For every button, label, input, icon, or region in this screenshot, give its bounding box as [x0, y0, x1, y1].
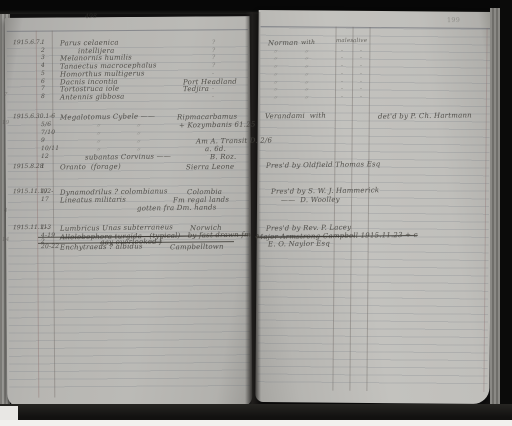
- entry-number: 1-3: [41, 224, 51, 231]
- handwriting-layer: 199 498 1915.6.7.1Parus celaenica?2intel…: [0, 0, 512, 426]
- entry-locality: a. 6d.: [205, 145, 226, 153]
- entry-number: 7: [41, 85, 45, 92]
- entry-number: 2: [41, 47, 45, 54]
- entry-number: 9: [41, 137, 45, 144]
- acquisition-note: Pres'd by Oldfield Thomas Esq: [266, 160, 381, 170]
- tally-dash: -: [360, 93, 362, 100]
- entry-species: gotten fra Dm. hands: [137, 203, 217, 212]
- entry-number: 1: [41, 163, 45, 170]
- collector-name: Norman: [268, 39, 298, 47]
- query-mark: ?: [212, 39, 216, 46]
- entry-date: 1915.6.7.: [13, 39, 42, 46]
- entry-number: 17: [41, 196, 49, 203]
- entry-date: 1915.8.28: [13, 163, 44, 170]
- entry-species: subantas Corvinus ——: [85, 152, 171, 161]
- margin-note: 14: [2, 237, 9, 243]
- query-mark: -: [212, 85, 214, 92]
- entry-number: 20-22: [41, 243, 59, 250]
- entry-locality: + Kozymbanis 61.25: [179, 120, 256, 129]
- entry-number: 10/11: [41, 145, 59, 152]
- query-mark: -: [212, 93, 214, 100]
- query-mark: -: [212, 77, 214, 84]
- ditto-mark: 〃: [303, 93, 309, 102]
- tally-dash: -: [341, 70, 343, 77]
- tally-dash: -: [341, 47, 343, 54]
- entry-locality: B. Roz.: [210, 153, 237, 161]
- acquisition-note: Verandami with: [265, 112, 326, 121]
- tally-dash: -: [341, 77, 343, 84]
- tally-dash: -: [360, 70, 362, 77]
- entry-species: Oranto (forage): [60, 163, 121, 172]
- entry-locality: Tedjira: [183, 85, 209, 93]
- tally-dash: -: [360, 62, 362, 69]
- tally-dash: -: [341, 85, 343, 92]
- entry-number: 7/10: [41, 129, 55, 136]
- query-mark: ?: [212, 47, 216, 54]
- tally-header: alive: [353, 38, 367, 44]
- acquisition-note: E. O. Naylor Esq: [268, 240, 330, 249]
- margin-note: 4: [4, 208, 8, 214]
- query-mark: -: [212, 70, 214, 77]
- collector-note: with: [301, 39, 315, 46]
- entry-number: 1/2-: [41, 188, 54, 195]
- entry-number: 1: [41, 39, 45, 46]
- query-mark: ?: [212, 62, 216, 69]
- entry-number: 5/6: [41, 121, 51, 128]
- tally-dash: -: [341, 62, 343, 69]
- stamp-number: 498: [85, 13, 97, 20]
- tally-dash: -: [360, 85, 362, 92]
- entry-locality: Sierra Leone: [186, 163, 234, 172]
- entry-species: Antennis gibbosa: [60, 92, 125, 101]
- entry-number: 4: [41, 62, 45, 69]
- entry-number: 8: [41, 93, 45, 100]
- tally-dash: -: [341, 54, 343, 61]
- entry-species: Lineatus militaris: [60, 196, 126, 205]
- margin-note: 19: [2, 120, 9, 126]
- tally-header: males: [336, 38, 353, 44]
- tally-dash: -: [360, 54, 362, 61]
- ledger-photo: 199 498 1915.6.7.1Parus celaenica?2intel…: [0, 0, 512, 426]
- entry-number: 5: [41, 70, 45, 77]
- acquisition-note: det'd by P. Ch. Hartmann: [378, 111, 472, 120]
- query-mark: ?: [212, 54, 216, 61]
- ditto-mark: 〃: [272, 93, 278, 102]
- tally-dash: -: [360, 47, 362, 54]
- page-number: 199: [447, 16, 460, 24]
- margin-note: 7: [4, 92, 8, 98]
- acquisition-note: Pres'd by S. W. J. Hammerick: [271, 186, 379, 196]
- tally-dash: -: [360, 77, 362, 84]
- entry-number: 3: [41, 54, 45, 61]
- tally-dash: -: [341, 93, 343, 100]
- entry-species: Enchytraeus ? albidus: [60, 242, 143, 251]
- acquisition-note: —— D. Woolley: [281, 196, 340, 205]
- entry-number: 12: [41, 153, 49, 160]
- entry-locality: Campbelltown: [170, 243, 224, 252]
- entry-number: 6: [41, 77, 45, 84]
- entry-date: 1915.6.30.1-6: [13, 113, 55, 121]
